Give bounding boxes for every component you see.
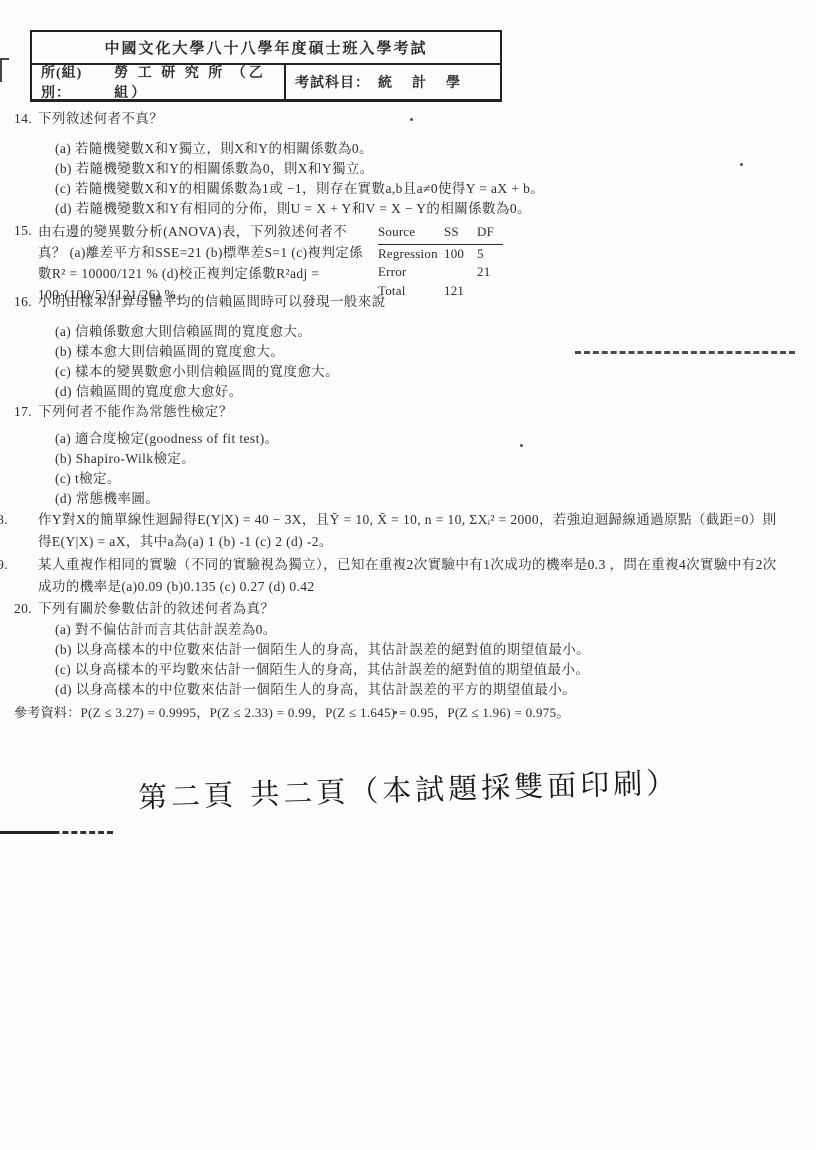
option-b: (b) 若隨機變數X和Y的相關係數為0，則X和Y獨立。 [55, 159, 544, 179]
anova-header-source: Source [378, 223, 444, 244]
table-row: Error 21 [378, 263, 503, 282]
scan-artifact-dash-right [575, 351, 795, 354]
table-row: Total 121 [378, 282, 503, 301]
question-14-stem: 14.下列敘述何者不真？ [14, 109, 544, 129]
anova-cell: 121 [444, 282, 477, 301]
scan-artifact-dot [740, 163, 743, 166]
option-a: (a) 若隨機變數X和Y獨立，則X和Y的相關係數為0。 [55, 139, 544, 159]
subject-cell: 考試科目： 統 計 學 [286, 65, 500, 99]
anova-cell: Total [378, 282, 444, 301]
question-19: 19.某人重複作相同的實驗（不同的實驗視為獨立），已知在重複2次實驗中有1次成功… [14, 554, 786, 597]
anova-header-ss: SS [444, 223, 477, 244]
question-16: 16.小明由樣本計算母體平均的信賴區間時可以發現一般來說 (a) 信賴係數愈大則… [14, 292, 386, 402]
scan-artifact-line-bottom-left [0, 831, 57, 834]
question-18-stem: 18.作Y對X的簡單線性迴歸得E(Y|X) = 40 − 3X，且Ȳ = 10,… [14, 509, 786, 552]
handwritten-page-note: 第二頁 共二頁（本試題採雙面印刷） [138, 760, 680, 816]
option-a: (a) 信賴係數愈大則信賴區間的寬度愈大。 [55, 322, 386, 342]
option-b: (b) 以身高樣本的中位數來估計一個陌生人的身高，其估計誤差的絕對值的期望值最小… [55, 640, 590, 660]
reference-note: 參考資料：P(Z ≤ 3.27) = 0.9995，P(Z ≤ 2.33) = … [14, 702, 570, 721]
question-20-options: (a) 對不偏估計而言其估計誤差為0。 (b) 以身高樣本的中位數來估計一個陌生… [55, 620, 590, 700]
anova-cell: 21 [477, 263, 503, 282]
scan-artifact-left-edge [0, 58, 9, 82]
question-14-options: (a) 若隨機變數X和Y獨立，則X和Y的相關係數為0。 (b) 若隨機變數X和Y… [55, 139, 544, 219]
anova-cell: Error [378, 263, 444, 282]
anova-cell: 5 [477, 244, 503, 263]
anova-cell [477, 282, 503, 301]
dept-cell: 所(組)別： 勞 工 研 究 所 （乙組） [32, 65, 286, 99]
question-17-stem: 17.下列何者不能作為常態性檢定？ [14, 402, 279, 422]
subject-label: 考試科目： [295, 72, 370, 92]
question-16-stem: 16.小明由樣本計算母體平均的信賴區間時可以發現一般來說 [14, 292, 386, 312]
anova-cell: Regression [378, 244, 444, 263]
option-a: (a) 適合度檢定(goodness of fit test)。 [55, 429, 279, 449]
dept-value: 勞 工 研 究 所 （乙組） [114, 62, 284, 102]
option-c: (c) 若隨機變數X和Y的相關係數為1或 −1，則存在實數a,b且a≠0使得Y … [55, 179, 544, 199]
option-b: (b) 樣本愈大則信賴區間的寬度愈大。 [55, 342, 386, 362]
dept-label: 所(組)別： [41, 62, 106, 102]
option-d: (d) 信賴區間的寬度愈大愈好。 [55, 382, 386, 402]
scan-artifact-dot [520, 444, 523, 447]
exam-header-box: 中國文化大學八十八學年度碩士班入學考試 所(組)別： 勞 工 研 究 所 （乙組… [30, 30, 502, 102]
table-row: Regression 100 5 [378, 244, 503, 263]
option-b: (b) Shapiro-Wilk檢定。 [55, 449, 279, 469]
question-14: 14.下列敘述何者不真？ (a) 若隨機變數X和Y獨立，則X和Y的相關係數為0。… [14, 109, 544, 219]
anova-cell: 100 [444, 244, 477, 263]
exam-page: 中國文化大學八十八學年度碩士班入學考試 所(組)別： 勞 工 研 究 所 （乙組… [0, 0, 816, 1150]
anova-header-df: DF [477, 223, 503, 244]
anova-header-row: Source SS DF [378, 223, 503, 244]
option-c: (c) 以身高樣本的平均數來估計一個陌生人的身高，其估計誤差的絕對值的期望值最小… [55, 660, 590, 680]
option-d: (d) 以身高樣本的中位數來估計一個陌生人的身高，其估計誤差的平方的期望值最小。 [55, 680, 590, 700]
scan-artifact-dot [394, 711, 397, 714]
anova-cell [444, 263, 477, 282]
anova-table: Source SS DF Regression 100 5 Error 21 T… [378, 223, 503, 300]
exam-title: 中國文化大學八十八學年度碩士班入學考試 [32, 32, 500, 65]
question-19-number: 19. [14, 554, 38, 576]
option-c: (c) 樣本的變異數愈小則信賴區間的寬度愈大。 [55, 362, 386, 382]
option-a: (a) 對不偏估計而言其估計誤差為0。 [55, 620, 590, 640]
question-19-stem: 19.某人重複作相同的實驗（不同的實驗視為獨立），已知在重複2次實驗中有1次成功… [14, 554, 786, 597]
question-20-stem: 20.下列有關於參數估計的敘述何者為真？ [14, 599, 590, 619]
option-d: (d) 常態機率圖。 [55, 489, 279, 509]
subject-value: 統 計 學 [378, 72, 463, 92]
question-18: 18.作Y對X的簡單線性迴歸得E(Y|X) = 40 − 3X，且Ȳ = 10,… [14, 509, 786, 552]
question-17: 17.下列何者不能作為常態性檢定？ (a) 適合度檢定(goodness of … [14, 402, 279, 509]
question-14-number: 14. [14, 109, 38, 129]
question-16-number: 16. [14, 292, 38, 312]
exam-header-row: 所(組)別： 勞 工 研 究 所 （乙組） 考試科目： 統 計 學 [32, 65, 500, 99]
option-d: (d) 若隨機變數X和Y有相同的分佈，則U = X + Y和V = X − Y的… [55, 199, 544, 219]
question-20: 20.下列有關於參數估計的敘述何者為真？ (a) 對不偏估計而言其估計誤差為0。… [14, 599, 590, 700]
question-20-number: 20. [14, 599, 38, 619]
question-18-number: 18. [14, 509, 38, 531]
scan-artifact-dot [410, 118, 413, 121]
question-17-options: (a) 適合度檢定(goodness of fit test)。 (b) Sha… [55, 429, 279, 509]
question-15-number: 15. [14, 221, 38, 241]
option-c: (c) t檢定。 [55, 469, 279, 489]
question-17-number: 17. [14, 402, 38, 422]
question-16-options: (a) 信賴係數愈大則信賴區間的寬度愈大。 (b) 樣本愈大則信賴區間的寬度愈大… [55, 322, 386, 402]
